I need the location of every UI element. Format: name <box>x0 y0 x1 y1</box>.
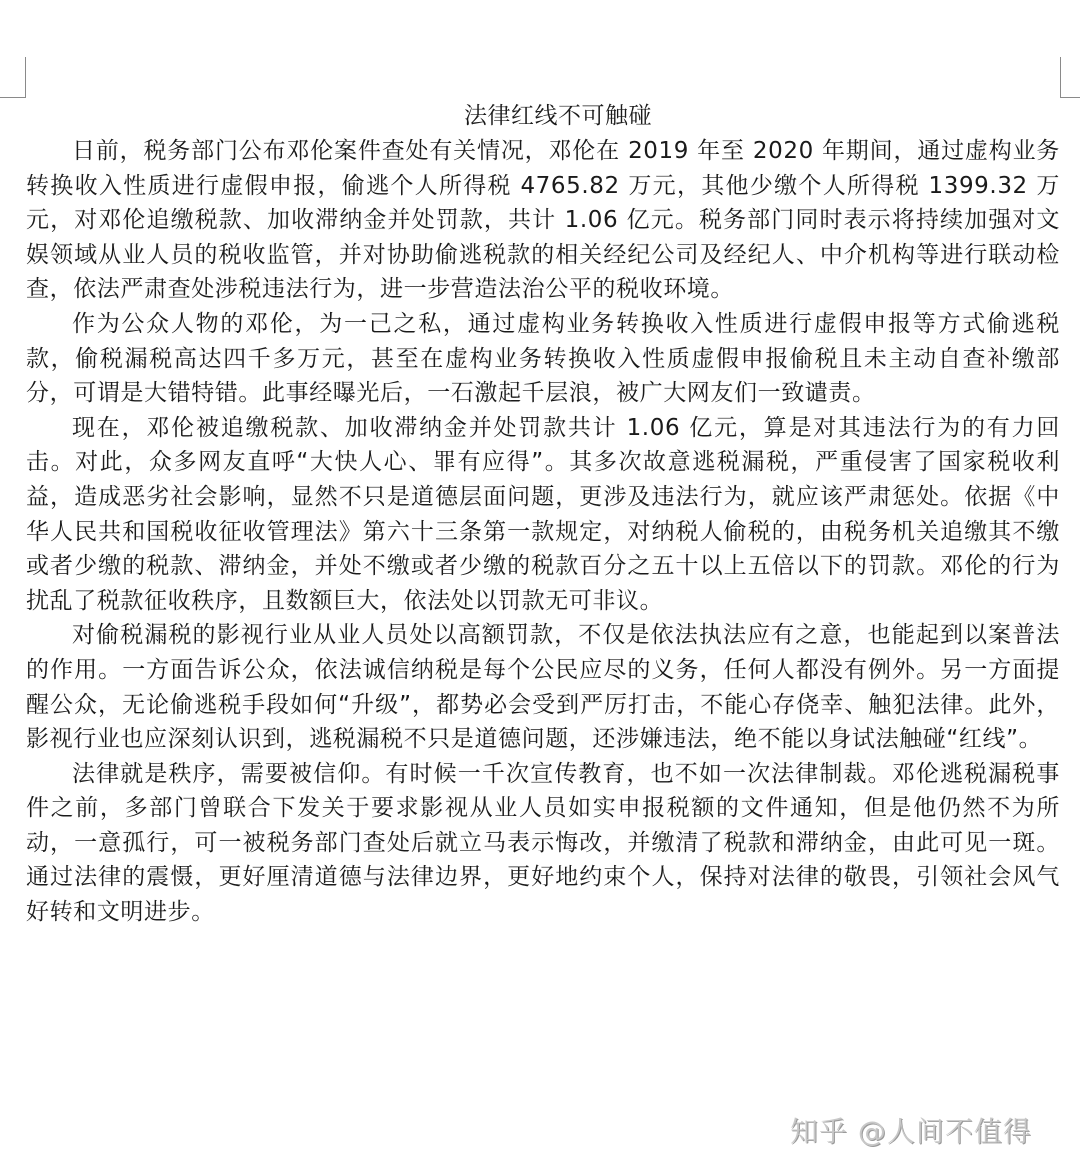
page-corner-mark-right <box>1060 57 1080 98</box>
page-corner-mark-left <box>0 57 26 98</box>
document-body: 法律红线不可触碰 日前，税务部门公布邓伦案件查处有关情况，邓伦在 2019 年至… <box>26 98 1060 930</box>
zhihu-watermark: 知乎 @人间不值得 <box>790 1110 1032 1150</box>
paragraph-2: 作为公众人物的邓伦，为一己之私，通过虚构业务转换收入性质进行虚假申报等方式偷逃税… <box>26 307 1060 411</box>
paragraph-4: 对偷税漏税的影视行业从业人员处以高额罚款，不仅是依法执法应有之意，也能起到以案普… <box>26 618 1060 756</box>
paragraph-1: 日前，税务部门公布邓伦案件查处有关情况，邓伦在 2019 年至 2020 年期间… <box>26 134 1060 307</box>
paragraph-5: 法律就是秩序，需要被信仰。有时候一千次宣传教育，也不如一次法律制裁。邓伦逃税漏税… <box>26 757 1060 930</box>
paragraph-3: 现在，邓伦被追缴税款、加收滞纳金并处罚款共计 1.06 亿元，算是对其违法行为的… <box>26 411 1060 619</box>
document-title: 法律红线不可触碰 <box>26 98 1060 134</box>
